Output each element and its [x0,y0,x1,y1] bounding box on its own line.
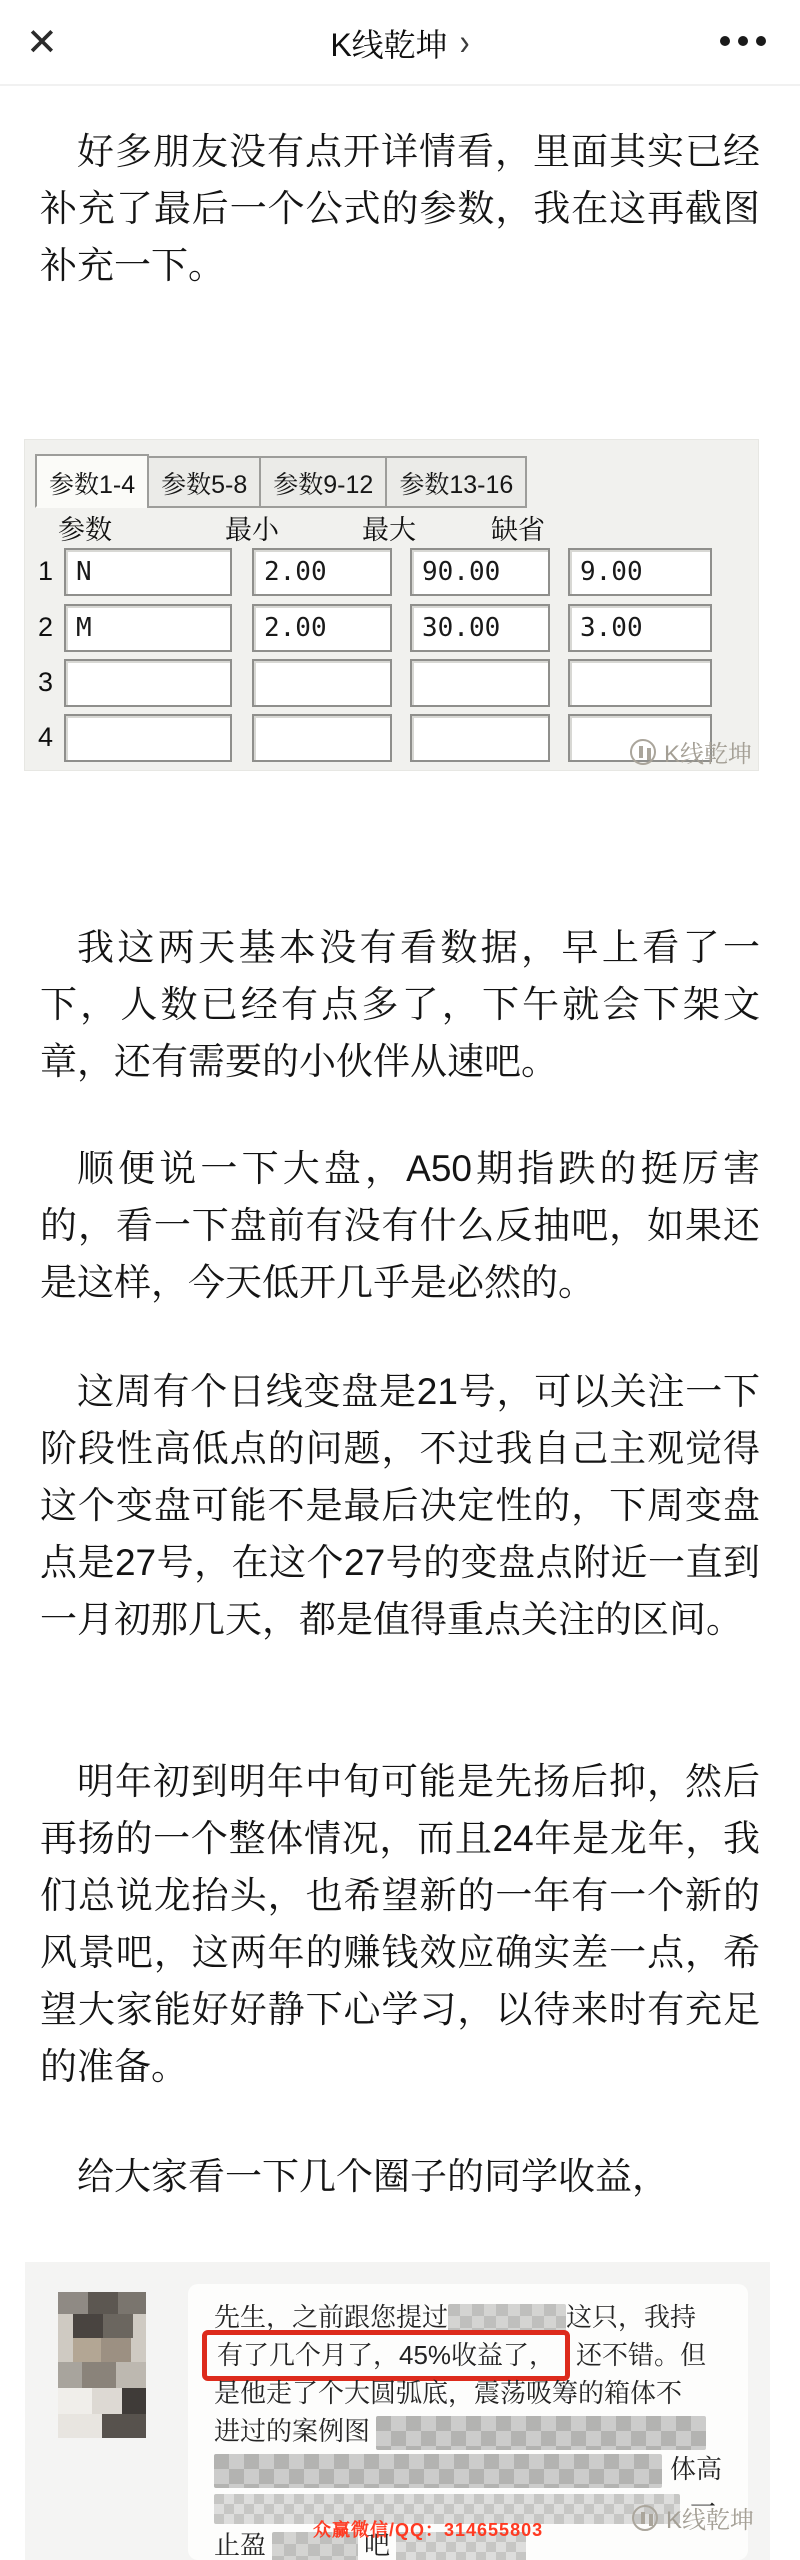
chat-line-5: 体高 [214,2450,748,2488]
tab-params-9-12: 参数9-12 [259,456,387,508]
watermark: K线乾坤 [630,734,752,769]
page-title: K线乾坤 [330,20,447,66]
chat-line-2: 有了几个月了，45%收益了，还不错。但 [214,2336,748,2374]
chat-text: 先生，之前跟您提过 [214,2302,448,2332]
brand-logo-icon [632,2505,658,2531]
brand-logo-icon [630,739,656,765]
param-name-field [64,659,232,707]
paragraph-5: 明年初到明年中旬可能是先扬后抑，然后再扬的一个整体情况，而且24年是龙年，我们总… [40,1753,760,2095]
param-min-field: 2.00 [252,548,392,596]
param-min-field [252,659,392,707]
row-number: 4 [38,722,53,753]
param-default-field: 9.00 [568,548,712,596]
chat-text: 这只，我持 [566,2302,696,2332]
param-min-field: 2.00 [252,604,392,652]
highlighted-text: 有了几个月了，45%收益了， [217,2340,555,2370]
parameter-tab-strip: 参数1-4 参数5-8 参数9-12 参数13-16 [35,454,525,508]
tab-params-1-4: 参数1-4 [35,454,149,508]
tab-params-5-8: 参数5-8 [147,456,261,508]
mosaic-censored-block [214,2454,662,2488]
param-row-1: 1 N 2.00 90.00 9.00 [25,548,758,596]
chat-text-fragment: 止盈 [214,2530,266,2560]
row-number: 1 [38,556,53,587]
wechat-article-topbar: ✕ K线乾坤 › [0,0,800,86]
parameter-dialog-screenshot: 参数1-4 参数5-8 参数9-12 参数13-16 参数 最小 最大 缺省 1… [25,440,758,770]
paragraph-1: 好多朋友没有点开详情看，里面其实已经补充了最后一个公式的参数，我在这再截图补充一… [40,123,760,294]
param-name-field [64,714,232,762]
avatar [58,2292,146,2438]
param-default-field [568,659,712,707]
param-min-field [252,714,392,762]
column-header-max: 最大 [362,508,416,547]
mosaic-censored-block [376,2416,706,2450]
column-header-default: 缺省 [491,508,545,547]
contact-watermark-text: 众赢微信/QQ：314655803 [313,2516,543,2542]
chat-text: 还不错。但 [576,2340,706,2370]
param-row-2: 2 M 2.00 30.00 3.00 [25,604,758,652]
account-title[interactable]: K线乾坤 › [0,0,800,86]
param-max-field: 90.00 [410,548,550,596]
more-icon[interactable] [720,36,766,46]
param-max-field [410,714,550,762]
paragraph-4: 这周有个日线变盘是21号，可以关注一下阶段性高低点的问题，不过我自己主观觉得这个… [40,1363,760,1648]
paragraph-2: 我这两天基本没有看数据，早上看了一下，人数已经有点多了，下午就会下架文章，还有需… [40,919,760,1090]
chat-text-fragment: 进过的案例图 [214,2416,370,2446]
param-name-field: N [64,548,232,596]
tab-params-13-16: 参数13-16 [385,456,527,508]
param-max-field [410,659,550,707]
chat-line-4: 进过的案例图 [214,2412,748,2450]
row-number: 3 [38,667,53,698]
chat-text-fragment: 体高 [670,2454,722,2484]
watermark: K线乾坤 [632,2500,754,2535]
param-row-3: 3 [25,659,758,707]
paragraph-6: 给大家看一下几个圈子的同学收益， [40,2148,760,2205]
column-header-min: 最小 [225,508,279,547]
chat-screenshot: 先生，之前跟您提过这只，我持 有了几个月了，45%收益了，还不错。但 是他走了个… [25,2262,770,2560]
paragraph-3: 顺便说一下大盘，A50期指跌的挺厉害的，看一下盘前有没有什么反抽吧，如果还是这样… [40,1140,760,1311]
chat-text: 是他走了个大圆弧底，震荡吸筹的箱体不 [214,2378,682,2408]
column-header-name: 参数 [58,508,112,547]
param-max-field: 30.00 [410,604,550,652]
param-default-field: 3.00 [568,604,712,652]
chat-line-3: 是他走了个大圆弧底，震荡吸筹的箱体不 [214,2374,748,2412]
chevron-right-icon: › [460,22,470,65]
watermark-text: K线乾坤 [666,2500,754,2535]
watermark-text: K线乾坤 [664,734,752,769]
row-number: 2 [38,612,53,643]
param-name-field: M [64,604,232,652]
